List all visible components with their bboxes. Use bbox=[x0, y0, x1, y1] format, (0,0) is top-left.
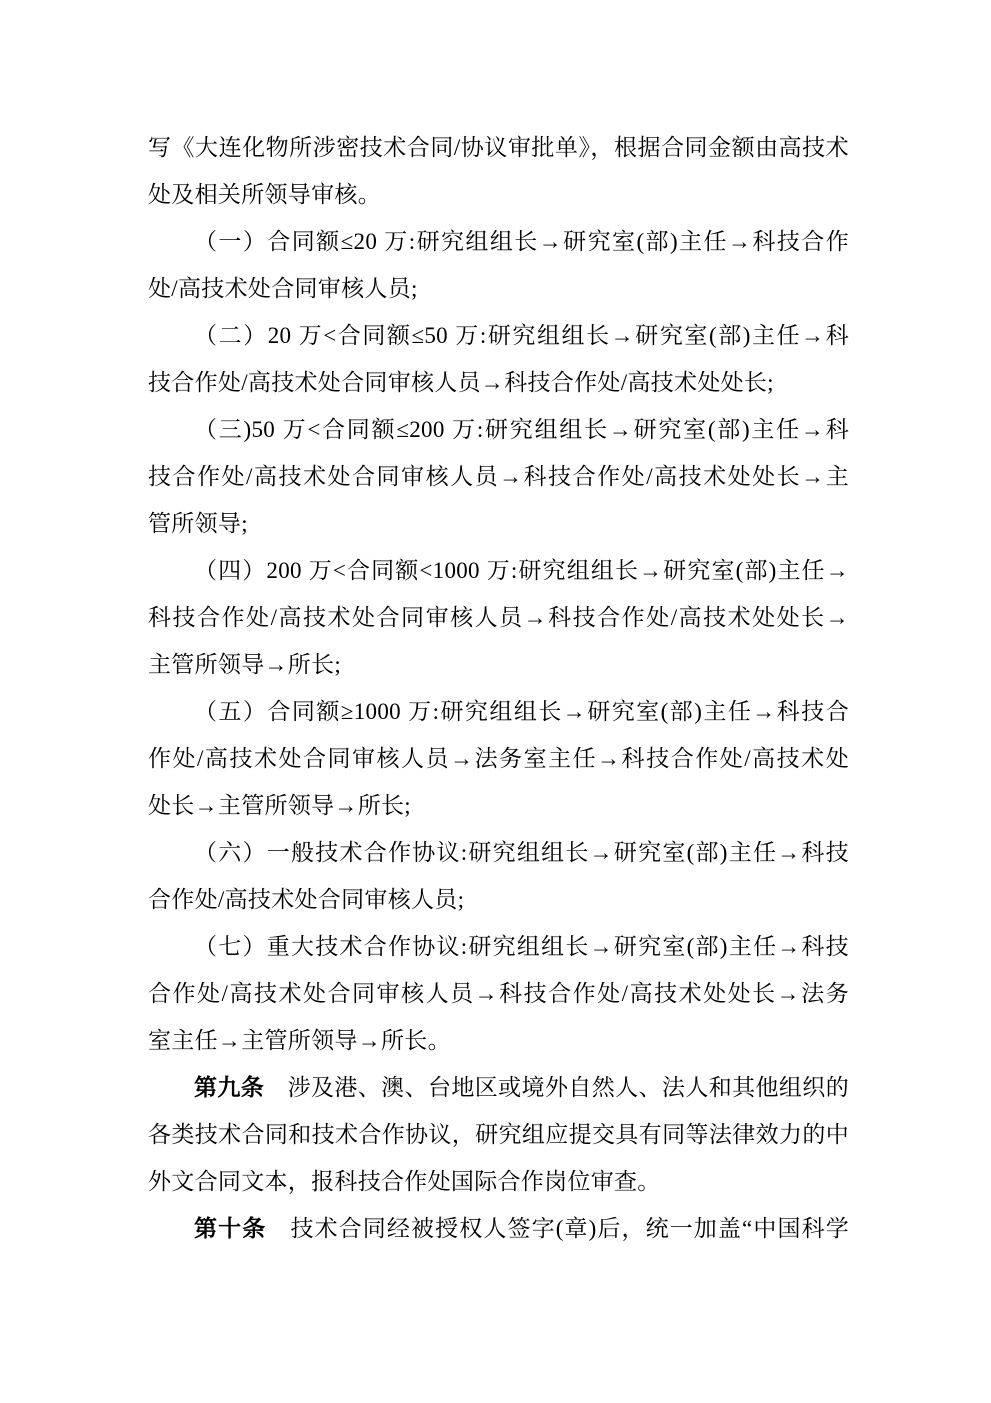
document-line: 写《大连化物所涉密技术合同/协议审批单》，根据合同金额由高技术 bbox=[148, 124, 849, 171]
document-line: 合作处/高技术处合同审核人员; bbox=[148, 876, 849, 923]
document-line: （一）合同额≤20 万:研究组组长→研究室(部)主任→科技合作 bbox=[148, 218, 849, 265]
document-line: 处及相关所领导审核。 bbox=[148, 171, 849, 218]
article-text: 技术合同经被授权人签字(章)后，统一加盖“中国科学 bbox=[266, 1216, 849, 1241]
document-line: 第十条 技术合同经被授权人签字(章)后，统一加盖“中国科学 bbox=[148, 1205, 849, 1252]
document-page: 写《大连化物所涉密技术合同/协议审批单》，根据合同金额由高技术处及相关所领导审核… bbox=[0, 0, 991, 1403]
document-line: （四）200 万<合同额<1000 万:研究组组长→研究室(部)主任→ bbox=[148, 547, 849, 594]
document-line: 技合作处/高技术处合同审核人员→科技合作处/高技术处处长; bbox=[148, 359, 849, 406]
document-line: 科技合作处/高技术处合同审核人员→科技合作处/高技术处处长→ bbox=[148, 594, 849, 641]
text-block: 写《大连化物所涉密技术合同/协议审批单》，根据合同金额由高技术处及相关所领导审核… bbox=[148, 124, 849, 1252]
document-line: （七）重大技术合作协议:研究组组长→研究室(部)主任→科技 bbox=[148, 923, 849, 970]
document-line: （六）一般技术合作协议:研究组组长→研究室(部)主任→科技 bbox=[148, 829, 849, 876]
document-line: 作处/高技术处合同审核人员→法务室主任→科技合作处/高技术处 bbox=[148, 735, 849, 782]
document-line: 管所领导; bbox=[148, 500, 849, 547]
document-line: 技合作处/高技术处合同审核人员→科技合作处/高技术处处长→主 bbox=[148, 453, 849, 500]
document-line: 主管所领导→所长; bbox=[148, 641, 849, 688]
article-number: 第十条 bbox=[194, 1216, 266, 1241]
document-line: （三)50 万<合同额≤200 万:研究组组长→研究室(部)主任→科 bbox=[148, 406, 849, 453]
document-line: 室主任→主管所领导→所长。 bbox=[148, 1017, 849, 1064]
document-line: 处/高技术处合同审核人员; bbox=[148, 265, 849, 312]
document-line: （五）合同额≥1000 万:研究组组长→研究室(部)主任→科技合 bbox=[148, 688, 849, 735]
document-line: 外文合同文本，报科技合作处国际合作岗位审查。 bbox=[148, 1158, 849, 1205]
document-line: 各类技术合同和技术合作协议，研究组应提交具有同等法律效力的中 bbox=[148, 1111, 849, 1158]
document-line: （二）20 万<合同额≤50 万:研究组组长→研究室(部)主任→科 bbox=[148, 312, 849, 359]
document-line: 处长→主管所领导→所长; bbox=[148, 782, 849, 829]
article-text: 涉及港、澳、台地区或境外自然人、法人和其他组织的 bbox=[264, 1075, 849, 1100]
article-number: 第九条 bbox=[194, 1075, 264, 1100]
document-line: 第九条 涉及港、澳、台地区或境外自然人、法人和其他组织的 bbox=[148, 1064, 849, 1111]
document-line: 合作处/高技术处合同审核人员→科技合作处/高技术处处长→法务 bbox=[148, 970, 849, 1017]
